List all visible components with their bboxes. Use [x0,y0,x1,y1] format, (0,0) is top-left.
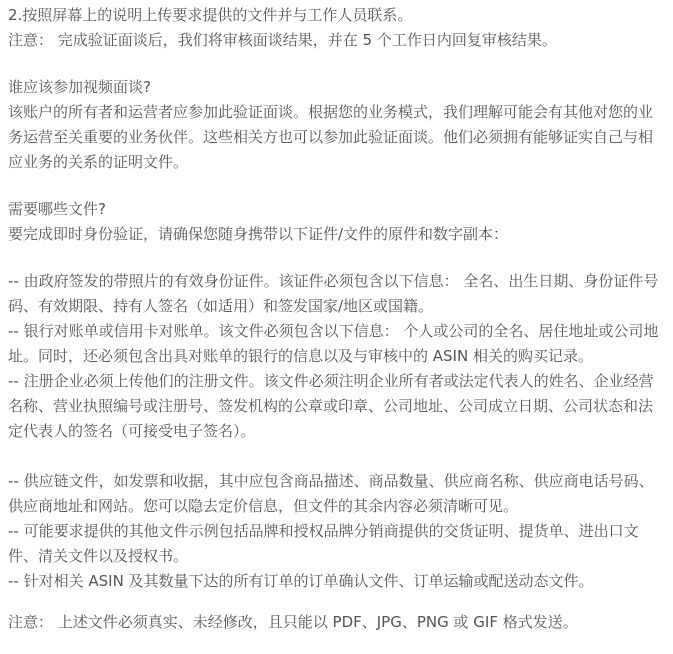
section-heading-which-documents: 需要哪些文件? [8,197,666,222]
list-item-other-examples: -- 可能要求提供的其他文件示例包括品牌和授权品牌分销商提供的交货证明、提货单、… [8,519,666,569]
paragraph-note-file-formats: 注意： 上述文件必须真实、未经修改，且只能以 PDF、JPG、PNG 或 GIF… [8,610,666,635]
list-item-government-id: -- 由政府签发的带照片的有效身份证件。该证件必须包含以下信息： 全名、出生日期… [8,269,666,319]
section-heading-who-should-attend: 谁应该参加视频面谈? [8,75,666,100]
document-body: 2.按照屏幕上的说明上传要求提供的文件并与工作人员联系。 注意： 完成验证面谈后… [0,0,673,635]
paragraph-step-2-instruction: 2.按照屏幕上的说明上传要求提供的文件并与工作人员联系。 [8,3,666,28]
list-item-business-registration: -- 注册企业必须上传他们的注册文件。该文件必须注明企业所有者或法定代表人的姓名… [8,369,666,444]
paragraph-who-should-attend: 该账户的所有者和运营者应参加此验证面谈。根据您的业务模式，我们理解可能会有其他对… [8,100,666,175]
list-item-bank-statement: -- 银行对账单或信用卡对账单。该文件必须包含以下信息： 个人或公司的全名、居住… [8,319,666,369]
list-item-order-confirmations: -- 针对相关 ASIN 及其数量下达的所有订单的订单确认文件、订单运输或配送动… [8,569,666,594]
paragraph-documents-intro: 要完成即时身份验证，请确保您随身携带以下证件/文件的原件和数字副本： [8,222,666,247]
paragraph-note-review-result: 注意： 完成验证面谈后，我们将审核面谈结果，并在 5 个工作日内回复审核结果。 [8,28,666,53]
list-item-supply-chain: -- 供应链文件，如发票和收据，其中应包含商品描述、商品数量、供应商名称、供应商… [8,469,666,519]
